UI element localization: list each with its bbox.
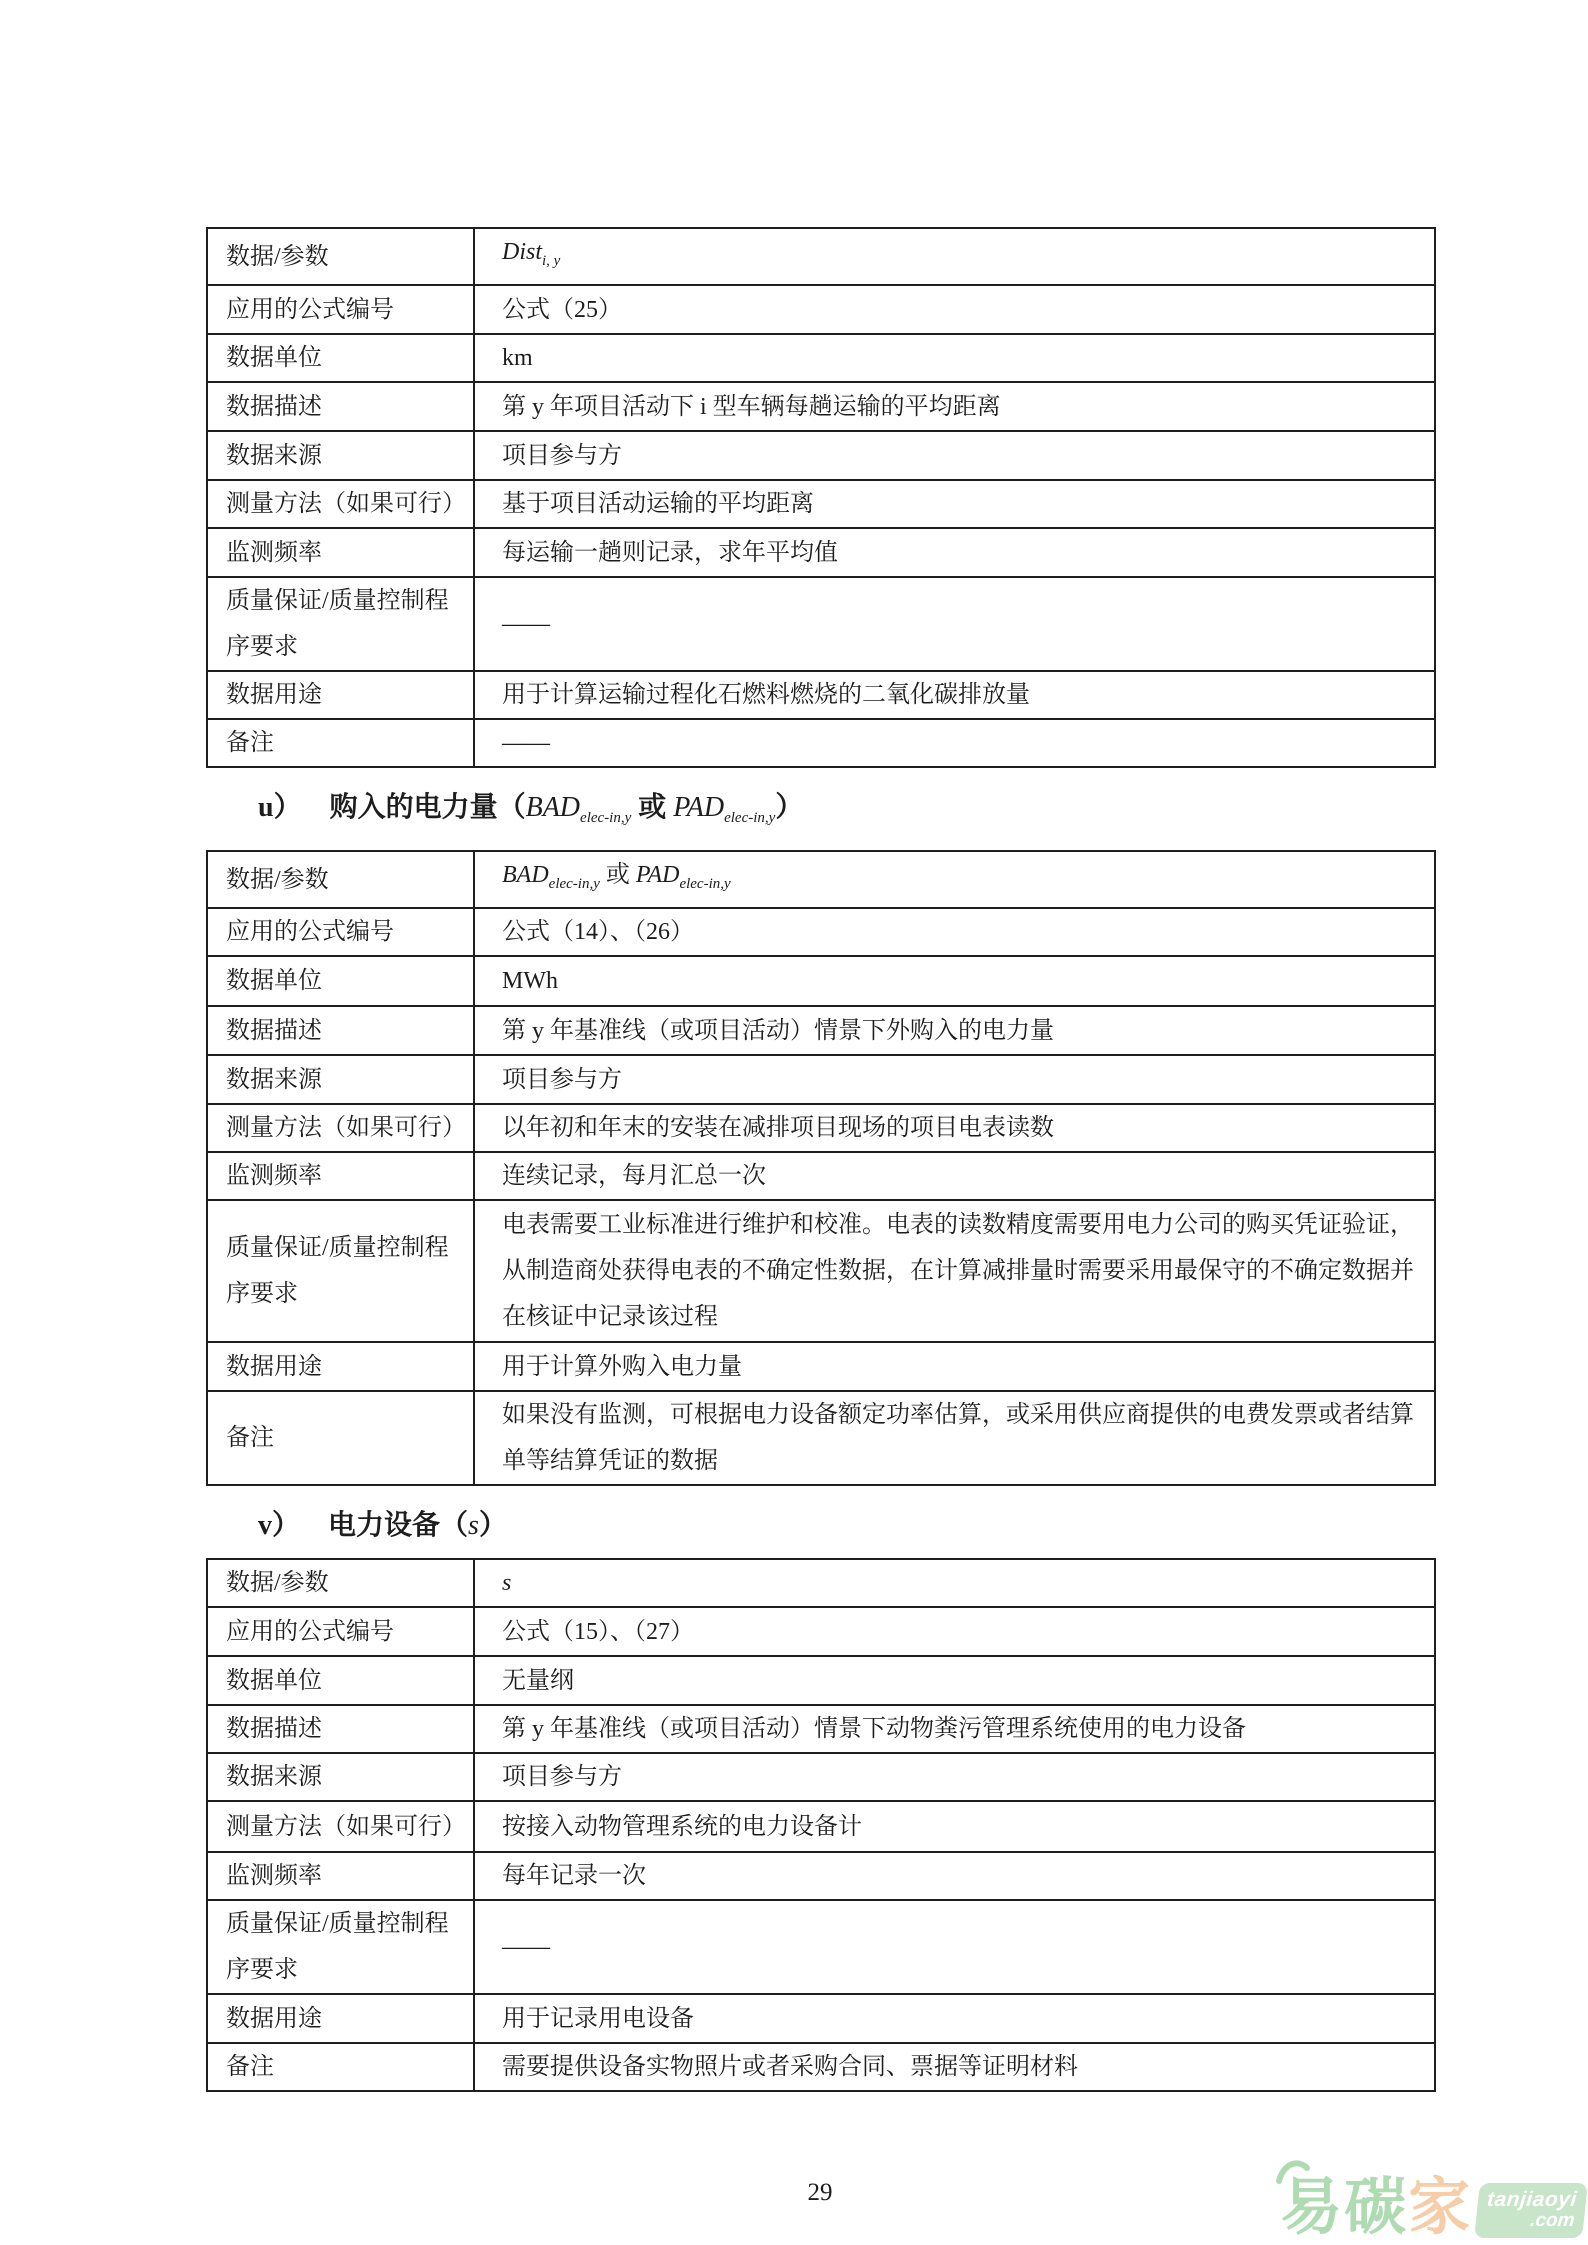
row-label: 备注: [207, 1391, 474, 1485]
page-content: 数据/参数Disti, y应用的公式编号公式（25）数据单位km数据描述第 y …: [206, 0, 1434, 2208]
table-row: 质量保证/质量控制程序要求电表需要工业标准进行维护和校准。电表的读数精度需要用电…: [207, 1200, 1435, 1342]
formula-subscript: elec-in,y: [580, 810, 631, 826]
row-value: 项目参与方: [474, 431, 1435, 480]
row-value: 如果没有监测，可根据电力设备额定功率估算，或采用供应商提供的电费发票或者结算 单…: [474, 1391, 1435, 1485]
row-label: 数据/参数: [207, 851, 474, 908]
text-segment: 第 y 年项目活动下 i 型车辆每趟运输的平均距离: [502, 394, 1001, 420]
row-label: 测量方法（如果可行）: [207, 1104, 474, 1152]
row-label: 应用的公式编号: [207, 1607, 474, 1656]
text-segment: 公式（15）、（27）: [502, 1619, 694, 1645]
row-value: 按接入动物管理系统的电力设备计: [474, 1801, 1435, 1852]
row-value: 电表需要工业标准进行维护和校准。电表的读数精度需要用电力公司的购买凭证验证， 从…: [474, 1200, 1435, 1342]
row-value: 每运输一趟则记录，求年平均值: [474, 528, 1435, 577]
text-segment: 按接入动物管理系统的电力设备计: [502, 1814, 862, 1840]
text-segment: BAD: [502, 862, 549, 888]
table-row: 数据单位km: [207, 334, 1435, 382]
text-segment: 第 y 年基准线（或项目活动）情景下外购入的电力量: [502, 1018, 1054, 1044]
logo-badge-text: tanjiaoyi: [1486, 2188, 1578, 2211]
table-row: 数据/参数s: [207, 1559, 1435, 1607]
row-label: 数据/参数: [207, 228, 474, 285]
text-segment: 或: [600, 862, 636, 888]
row-label: 数据描述: [207, 1705, 474, 1753]
row-label: 质量保证/质量控制程序要求: [207, 1900, 474, 1994]
row-value: 第 y 年基准线（或项目活动）情景下外购入的电力量: [474, 1006, 1435, 1055]
section-heading-v: v）电力设备（s）: [258, 1502, 1434, 1550]
table-row: 数据描述第 y 年基准线（或项目活动）情景下动物粪污管理系统使用的电力设备: [207, 1705, 1435, 1753]
table-row: 数据来源项目参与方: [207, 1055, 1435, 1104]
row-value: 公式（25）: [474, 285, 1435, 334]
logo-badge: tanjiaoyi .com: [1474, 2183, 1587, 2238]
row-value: 第 y 年项目活动下 i 型车辆每趟运输的平均距离: [474, 382, 1435, 431]
row-label: 数据单位: [207, 1656, 474, 1705]
text-segment: km: [502, 345, 533, 371]
row-value: 需要提供设备实物照片或者采购合同、票据等证明材料: [474, 2043, 1435, 2091]
table-row: 数据来源项目参与方: [207, 1753, 1435, 1801]
text-segment: 或: [631, 792, 673, 823]
table-row: 数据描述第 y 年基准线（或项目活动）情景下外购入的电力量: [207, 1006, 1435, 1055]
row-label: 数据来源: [207, 1753, 474, 1801]
text-segment: 以年初和年末的安装在减排项目现场的项目电表读数: [502, 1115, 1054, 1141]
logo-char-tan: 碳: [1344, 2177, 1406, 2239]
row-label: 监测频率: [207, 1152, 474, 1200]
document-page: 数据/参数Disti, y应用的公式编号公式（25）数据单位km数据描述第 y …: [0, 0, 1588, 2245]
row-label: 数据单位: [207, 956, 474, 1006]
formula-subscript: elec-in,y: [724, 810, 775, 826]
row-value: s: [474, 1559, 1435, 1607]
row-value: 项目参与方: [474, 1055, 1435, 1104]
row-value: 公式（14）、（26）: [474, 908, 1435, 956]
row-value: 用于计算运输过程化石燃料燃烧的二氧化碳排放量: [474, 671, 1435, 719]
row-label: 应用的公式编号: [207, 908, 474, 956]
row-label: 数据来源: [207, 1055, 474, 1104]
text-segment: PAD: [636, 862, 680, 888]
formula-subscript: elec-in,y: [549, 876, 600, 892]
table-row: 测量方法（如果可行）以年初和年末的安装在减排项目现场的项目电表读数: [207, 1104, 1435, 1152]
text-segment: BAD: [526, 792, 580, 823]
table-row: 数据用途用于记录用电设备: [207, 1994, 1435, 2043]
text-segment: 用于计算外购入电力量: [502, 1354, 742, 1380]
row-label: 监测频率: [207, 1852, 474, 1900]
parameter-table-equipment: 数据/参数s应用的公式编号公式（15）、（27）数据单位无量纲数据描述第 y 年…: [206, 1558, 1436, 2092]
row-label: 数据来源: [207, 431, 474, 480]
list-marker: v）: [258, 1510, 300, 1541]
text-segment: 每运输一趟则记录，求年平均值: [502, 540, 838, 566]
table-row: 测量方法（如果可行）基于项目活动运输的平均距离: [207, 480, 1435, 528]
table-row: 应用的公式编号公式（25）: [207, 285, 1435, 334]
row-value: 无量纲: [474, 1656, 1435, 1705]
text-segment: ——: [502, 730, 550, 756]
text-segment: 项目参与方: [502, 443, 622, 469]
table-row: 数据单位无量纲: [207, 1656, 1435, 1705]
table-row: 备注需要提供设备实物照片或者采购合同、票据等证明材料: [207, 2043, 1435, 2091]
table-row: 数据用途用于计算外购入电力量: [207, 1342, 1435, 1391]
section-title: 购入的电力量（BADelec-in,y 或 PADelec-in,y）: [330, 792, 804, 823]
row-value: 用于记录用电设备: [474, 1994, 1435, 2043]
text-segment: s: [502, 1570, 511, 1596]
row-label: 数据/参数: [207, 1559, 474, 1607]
row-value: Disti, y: [474, 228, 1435, 285]
row-label: 监测频率: [207, 528, 474, 577]
table-row: 备注——: [207, 719, 1435, 767]
row-label: 备注: [207, 2043, 474, 2091]
table-row: 备注如果没有监测，可根据电力设备额定功率估算，或采用供应商提供的电费发票或者结算…: [207, 1391, 1435, 1485]
logo-swash-decoration: [1276, 2157, 1310, 2185]
text-segment: 用于记录用电设备: [502, 2006, 694, 2032]
table-row: 测量方法（如果可行）按接入动物管理系统的电力设备计: [207, 1801, 1435, 1852]
logo-char-jia: 家: [1408, 2177, 1470, 2239]
table-row: 数据描述第 y 年项目活动下 i 型车辆每趟运输的平均距离: [207, 382, 1435, 431]
table-row: 数据来源项目参与方: [207, 431, 1435, 480]
logo-char-yi: 易: [1280, 2177, 1342, 2239]
text-segment: 公式（25）: [502, 297, 622, 323]
page-number: 29: [206, 2178, 1434, 2208]
list-marker: u）: [258, 792, 302, 823]
table-row: 数据/参数BADelec-in,y 或 PADelec-in,y: [207, 851, 1435, 908]
logo-badge-domain: .com: [1484, 2211, 1576, 2231]
section-heading-u: u）购入的电力量（BADelec-in,y 或 PADelec-in,y）: [258, 784, 1434, 842]
row-value: MWh: [474, 956, 1435, 1006]
text-segment: 每年记录一次: [502, 1863, 646, 1889]
table-row: 监测频率每运输一趟则记录，求年平均值: [207, 528, 1435, 577]
row-label: 备注: [207, 719, 474, 767]
row-label: 质量保证/质量控制程序要求: [207, 1200, 474, 1342]
row-value: 公式（15）、（27）: [474, 1607, 1435, 1656]
row-label: 测量方法（如果可行）: [207, 480, 474, 528]
row-value: km: [474, 334, 1435, 382]
table-row: 数据/参数Disti, y: [207, 228, 1435, 285]
text-segment: ——: [502, 611, 550, 637]
row-label: 数据用途: [207, 1342, 474, 1391]
text-segment: PAD: [673, 792, 724, 823]
formula-subscript: elec-in,y: [679, 876, 730, 892]
row-value: 以年初和年末的安装在减排项目现场的项目电表读数: [474, 1104, 1435, 1152]
text-segment: 基于项目活动运输的平均距离: [502, 491, 814, 517]
text-segment: 用于计算运输过程化石燃料燃烧的二氧化碳排放量: [502, 682, 1030, 708]
text-segment: 项目参与方: [502, 1067, 622, 1093]
table-row: 应用的公式编号公式（15）、（27）: [207, 1607, 1435, 1656]
row-value: BADelec-in,y 或 PADelec-in,y: [474, 851, 1435, 908]
row-value: 用于计算外购入电力量: [474, 1342, 1435, 1391]
text-segment: 电力设备（: [328, 1510, 468, 1541]
table-row: 数据用途用于计算运输过程化石燃料燃烧的二氧化碳排放量: [207, 671, 1435, 719]
row-label: 数据单位: [207, 334, 474, 382]
row-label: 数据用途: [207, 671, 474, 719]
text-segment: 电表需要工业标准进行维护和校准。电表的读数精度需要用电力公司的购买凭证验证， 从…: [502, 1212, 1414, 1330]
text-segment: 无量纲: [502, 1668, 574, 1694]
row-label: 质量保证/质量控制程序要求: [207, 577, 474, 671]
text-segment: ——: [502, 1934, 550, 1960]
table-row: 监测频率每年记录一次: [207, 1852, 1435, 1900]
table-row: 数据单位MWh: [207, 956, 1435, 1006]
text-segment: 第 y 年基准线（或项目活动）情景下动物粪污管理系统使用的电力设备: [502, 1716, 1246, 1742]
row-label: 测量方法（如果可行）: [207, 1801, 474, 1852]
text-segment: 需要提供设备实物照片或者采购合同、票据等证明材料: [502, 2054, 1078, 2080]
table-row: 质量保证/质量控制程序要求——: [207, 1900, 1435, 1994]
table-row: 质量保证/质量控制程序要求——: [207, 577, 1435, 671]
row-value: 第 y 年基准线（或项目活动）情景下动物粪污管理系统使用的电力设备: [474, 1705, 1435, 1753]
text-segment: Dist: [502, 239, 542, 265]
row-label: 数据描述: [207, 1006, 474, 1055]
section-title: 电力设备（s）: [328, 1510, 507, 1541]
text-segment: 连续记录，每月汇总一次: [502, 1163, 766, 1189]
row-label: 应用的公式编号: [207, 285, 474, 334]
table-row: 监测频率连续记录，每月汇总一次: [207, 1152, 1435, 1200]
parameter-table-electricity: 数据/参数BADelec-in,y 或 PADelec-in,y应用的公式编号公…: [206, 850, 1436, 1486]
watermark-logo: 易 碳 家 tanjiaoyi .com: [1280, 2177, 1585, 2239]
text-segment: 购入的电力量（: [330, 792, 526, 823]
row-value: ——: [474, 719, 1435, 767]
row-label: 数据用途: [207, 1994, 474, 2043]
row-value: ——: [474, 577, 1435, 671]
text-segment: MWh: [502, 968, 558, 994]
formula-subscript: i, y: [542, 253, 560, 269]
text-segment: 项目参与方: [502, 1764, 622, 1790]
row-value: 连续记录，每月汇总一次: [474, 1152, 1435, 1200]
row-value: 项目参与方: [474, 1753, 1435, 1801]
table-row: 应用的公式编号公式（14）、（26）: [207, 908, 1435, 956]
text-segment: ）: [479, 1510, 507, 1541]
text-segment: ）: [775, 792, 803, 823]
row-value: 基于项目活动运输的平均距离: [474, 480, 1435, 528]
text-segment: s: [468, 1510, 479, 1541]
row-value: 每年记录一次: [474, 1852, 1435, 1900]
parameter-table-dist: 数据/参数Disti, y应用的公式编号公式（25）数据单位km数据描述第 y …: [206, 227, 1436, 768]
row-value: ——: [474, 1900, 1435, 1994]
text-segment: 公式（14）、（26）: [502, 919, 694, 945]
row-label: 数据描述: [207, 382, 474, 431]
text-segment: 如果没有监测，可根据电力设备额定功率估算，或采用供应商提供的电费发票或者结算 单…: [502, 1402, 1414, 1474]
